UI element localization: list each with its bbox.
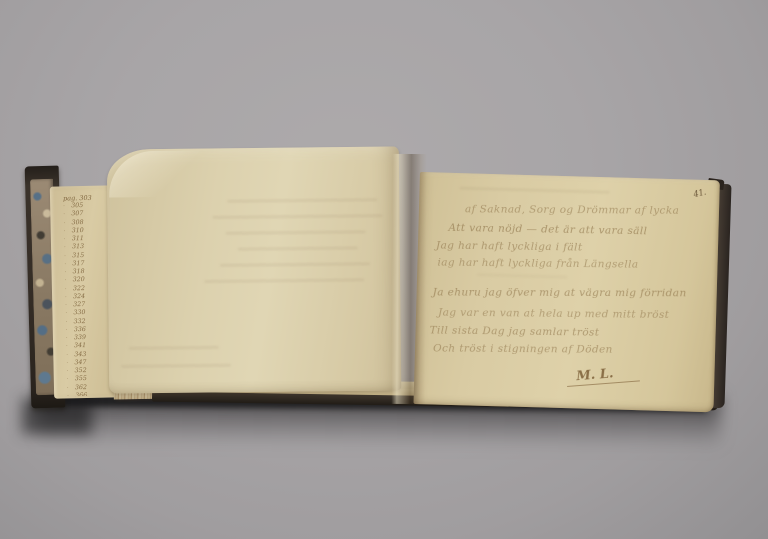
- showthrough-smudge: [204, 279, 364, 283]
- right-manuscript-page: 41. af Saknad, Sorg og Drömmar af lyckaA…: [414, 172, 720, 412]
- showthrough-smudge: [129, 346, 219, 349]
- handwriting-line: iag har haft lyckliga från Längsella: [437, 257, 638, 271]
- handwriting-line: Till sista Dag jag samlar tröst: [429, 324, 599, 338]
- showthrough-smudge: [212, 215, 382, 219]
- showthrough-smudge: [121, 364, 231, 367]
- showthrough-smudge: [227, 199, 377, 203]
- handwriting-line: af Saknad, Sorg og Drömmar af lycka: [465, 203, 679, 216]
- ditto-mark: ·: [67, 393, 75, 396]
- showthrough-smudge: [238, 247, 358, 250]
- showthrough-smudge: [226, 231, 366, 234]
- handwriting-line: Jag har haft lyckliga i fält: [436, 239, 583, 253]
- handwriting-line: Ja ehuru jag öfver mig at vägra mig förr…: [433, 286, 687, 299]
- handwriting-line: Jag var en van at hela up med mitt bröst: [438, 307, 669, 321]
- page-curl-highlight: [109, 150, 219, 197]
- handwriting-line: Att vara nöjd — det är att vara säll: [448, 222, 647, 237]
- showthrough-smudge: [220, 263, 370, 267]
- photo-backdrop: pag. 303 ·305·307·308·310·311·313·315·31…: [0, 0, 768, 539]
- left-blank-page: [107, 146, 402, 393]
- handwriting-line: Och tröst i stigningen af Döden: [433, 342, 613, 355]
